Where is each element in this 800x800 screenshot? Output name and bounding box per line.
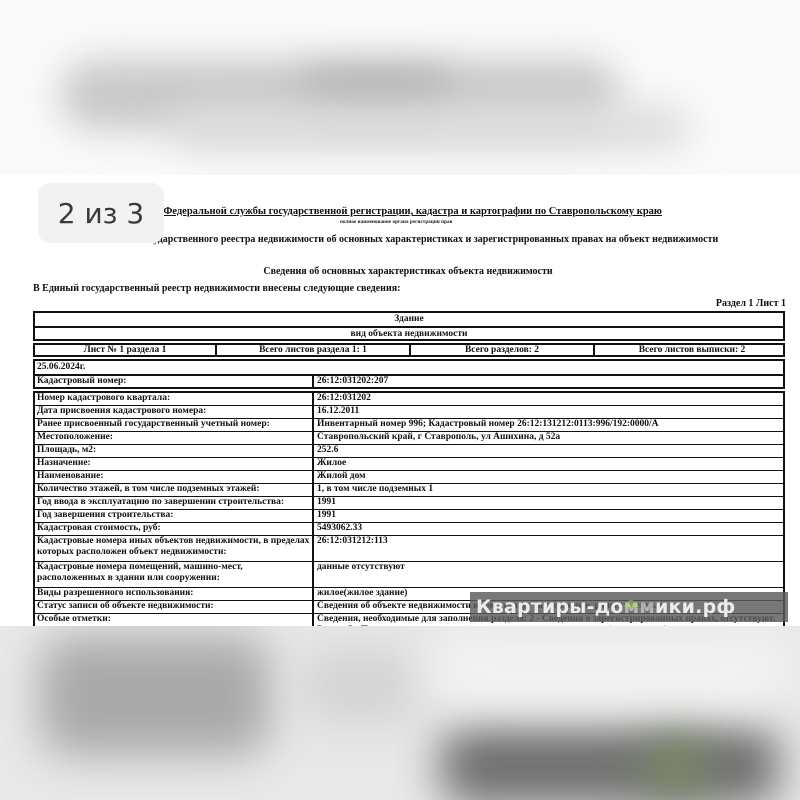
blurred-photo-top [0, 0, 800, 175]
total-sections: Всего разделов: 2 [411, 345, 595, 355]
table-row: Дата присвоения кадастрового номера:16.1… [35, 406, 783, 419]
image-counter-badge: 2 из 3 [38, 183, 164, 243]
site-watermark: Квартиры-доммики.рф [470, 592, 788, 622]
object-type-box: Здание вид объекта недвижимости [33, 311, 785, 341]
watermark-text-start: Квартиры-до [476, 596, 624, 618]
sheets-info-row: Лист № 1 раздела 1 Всего листов раздела … [33, 343, 785, 357]
table-row: Количество этажей, в том числе подземных… [35, 484, 783, 497]
cadastral-number-label: Кадастровый номер: [35, 376, 314, 389]
watermark-text-end: ики.рф [655, 596, 735, 618]
section-title: Сведения об основных характеристиках объ… [0, 266, 800, 277]
table-row: Местоположение:Ставропольский край, г Ст… [35, 432, 783, 445]
authority-caption: полное наименование органа регистрации п… [340, 220, 452, 225]
intro-text: В Единый государственный реестр недвижим… [33, 283, 400, 294]
table-row: Кадастровая стоимость, руб:5493062.33 [35, 523, 783, 536]
table-row: Год завершения строительства:1991 [35, 510, 783, 523]
table-row: Номер кадастрового квартала:26:12:031202 [35, 393, 783, 406]
extract-date: 25.06.2024г. [35, 361, 783, 374]
table-row: Назначение:Жилое [35, 458, 783, 471]
cadastral-number-value: 26:12:031202:207 [314, 376, 783, 389]
table-row: Площадь, м2:252.6 [35, 445, 783, 458]
document-subtitle: -ударственного реестра недвижимости об о… [150, 234, 718, 245]
table-row: Ранее присвоенный государственный учетны… [35, 419, 783, 432]
table-row: Год ввода в эксплуатацию по завершении с… [35, 497, 783, 510]
table-row: Наименование:Жилой дом [35, 471, 783, 484]
table-row: Кадастровые номера помещений, машино-мес… [35, 562, 783, 588]
object-type-caption: вид объекта недвижимости [35, 326, 783, 341]
date-and-cadastral-box: 25.06.2024г. Кадастровый номер: 26:12:03… [33, 359, 785, 389]
sheet-number: Лист № 1 раздела 1 [35, 345, 217, 355]
sheet-reference: Раздел 1 Лист 1 [716, 298, 786, 309]
total-sheets: Всего листов выписки: 2 [595, 345, 789, 355]
table-row: Кадастровые номера иных объектов недвижи… [35, 536, 783, 562]
registration-authority: ие Федеральной службы государственной ре… [150, 206, 750, 217]
object-type: Здание [35, 313, 783, 326]
sheets-in-section: Всего листов раздела 1: 1 [217, 345, 411, 355]
blurred-photo-bottom [0, 626, 800, 800]
